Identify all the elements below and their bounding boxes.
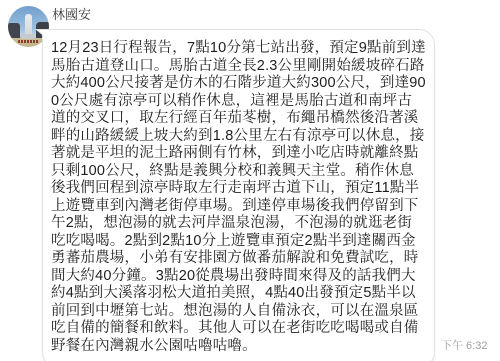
message-timestamp: 下午 6:32 <box>441 340 487 353</box>
avatar-photo-statue-base <box>21 34 36 39</box>
message-bubble[interactable]: 12月23日行程報告，7點10分第七站出發，預定9點前到達馬胎古道登山口。馬胎古… <box>42 29 435 361</box>
sender-name: 林國安 <box>52 7 91 22</box>
avatar-photo-left-structure <box>8 23 20 38</box>
message-text: 12月23日行程報告，7點10分第七站出發，預定9點前到達馬胎古道登山口。馬胎古… <box>51 40 426 355</box>
chat-screen: 林國安 12月23日行程報告，7點10分第七站出發，預定9點前到達馬胎古道登山口… <box>0 0 500 361</box>
avatar-photo-caption <box>18 40 39 43</box>
